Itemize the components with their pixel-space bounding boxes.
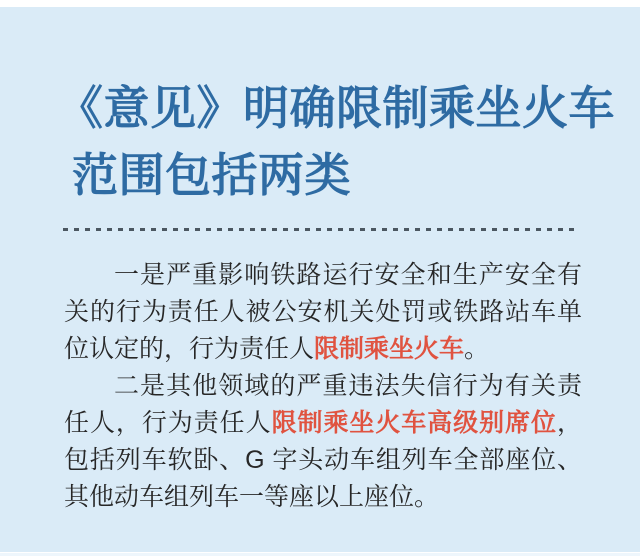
paragraph-1-period: 。 (464, 335, 489, 363)
body-text: 一是严重影响铁路运行安全和生产安全有关的行为责任人被公安机关处罚或铁路站车单位认… (64, 257, 582, 516)
paragraph-2: 二是其他领域的严重违法失信行为有关责任人，行为责任人限制乘坐火车高级别席位，包括… (64, 368, 582, 516)
paragraph-1: 一是严重影响铁路运行安全和生产安全有关的行为责任人被公安机关处罚或铁路站车单位认… (64, 257, 582, 368)
light-blue-panel: 《意见》明确限制乘坐火车 范围包括两类 一是严重影响铁路运行安全和生产安全有关的… (0, 7, 640, 552)
page-title-line1: 《意见》明确限制乘坐火车 (57, 75, 617, 142)
page-title: 《意见》明确限制乘坐火车 范围包括两类 (57, 75, 617, 209)
dashed-divider (63, 228, 574, 231)
paragraph-2-highlight: 限制乘坐火车高级别席位 (272, 409, 557, 437)
page-title-line2: 范围包括两类 (72, 142, 617, 209)
infographic-card: 《意见》明确限制乘坐火车 范围包括两类 一是严重影响铁路运行安全和生产安全有关的… (0, 0, 640, 556)
paragraph-1-highlight: 限制乘坐火车 (314, 335, 464, 363)
